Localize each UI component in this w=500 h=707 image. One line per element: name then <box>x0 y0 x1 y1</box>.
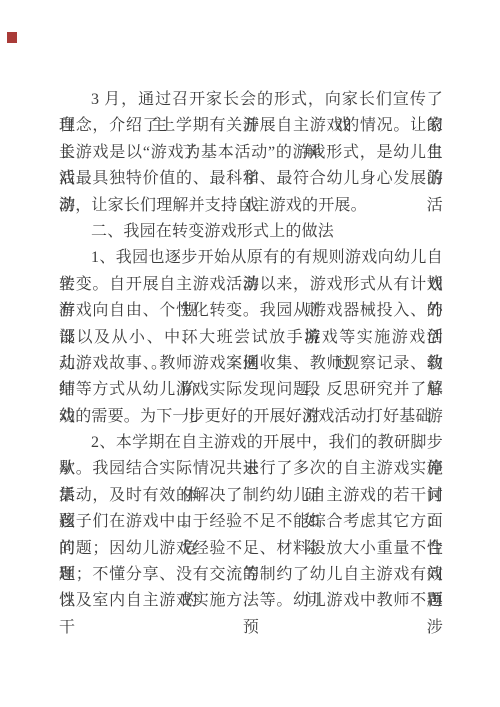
text-line: 戏最具独特价值的、最科学、最符合幼儿身心发展的游戏活 <box>59 166 443 192</box>
text-line: 戏的需要。为下一步更好的开展好游戏活动打好基础 <box>59 404 443 430</box>
text-line: 结等方式从幼儿游戏实际发现问题，反思研究并了解幼儿对游 <box>59 377 443 403</box>
text-line: 1、我园也逐步开始从原有的有规则游戏向幼儿自主游戏 <box>59 245 443 271</box>
text-line: 转变。自开展自主游戏活动以来，游戏形式从有计划有规则的 <box>59 272 443 298</box>
text-line: 儿游戏故事、教师游戏案例收集、教师观察记录、教师阶段总 <box>59 351 443 377</box>
text-line: 设以及从小、中、大班尝试放手游戏等实施游戏活动。通过幼 <box>59 325 443 351</box>
text-line: 游戏向自由、个性化转变。我园从游戏器械投入、外部环境创 <box>59 298 443 324</box>
text-line: 理念，介绍了上学期有关开展自主游戏的情况。让家长了解自 <box>59 113 443 139</box>
document-page: 3 月，通过召开家长会的形式，向家长们宣传了自主游戏的理念，介绍了上学期有关开展… <box>0 0 500 707</box>
text-line: 以及室内自主游戏实施方法等。幼儿游戏中教师不再干预涉 <box>59 588 443 614</box>
red-square-marker <box>7 32 17 43</box>
text-line: 题；不懂分享、没有交流等制约了幼儿自主游戏有效性的问题 <box>59 562 443 588</box>
document-body: 3 月，通过召开家长会的形式，向家长们宣传了自主游戏的理念，介绍了上学期有关开展… <box>59 87 443 615</box>
text-line: 孩子们在游戏中由于经验不足不能综合考虑其它方面的危险性 <box>59 509 443 535</box>
text-line: 主游戏是以“游戏为基本活动”的游戏形式，是幼儿生活和游 <box>59 140 443 166</box>
text-line: 问题；因幼儿游戏经验不足、材料投放大小重量不合理的问 <box>59 536 443 562</box>
text-line: 2、本学期在自主游戏的开展中，我们的教研脚步从未停 <box>59 430 443 456</box>
text-line: 歇。我园结合实际情况共进行了多次的自主游戏实施集体研讨 <box>59 456 443 482</box>
text-line: 3 月，通过召开家长会的形式，向家长们宣传了自主游戏的 <box>59 87 443 113</box>
text-line: 活动，及时有效的解决了制约幼儿自主游戏的若干问题。如： <box>59 483 443 509</box>
heading-line: 二、我园在转变游戏形式上的做法 <box>59 219 443 245</box>
